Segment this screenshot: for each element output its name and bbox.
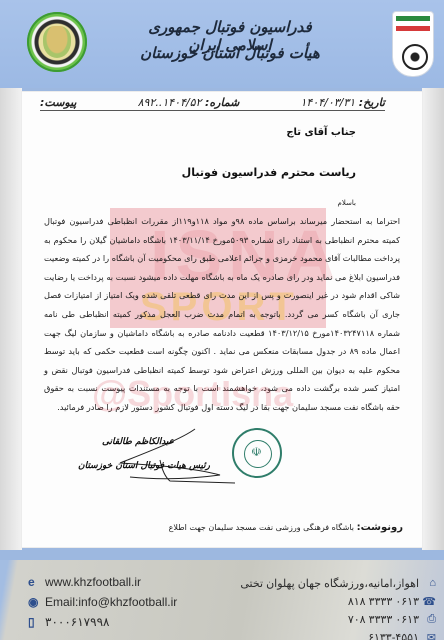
sms-number: ۳۰۰۰۶۱۷۹۹۸ <box>45 615 109 629</box>
website-link[interactable]: www.khzfootball.ir <box>45 575 141 589</box>
footer-contacts-right: ⌂ اهواز،امانیه،ورزشگاه جهان پهلوان تختی … <box>240 574 436 640</box>
page-edge-right <box>422 88 444 550</box>
fax-icon: ⎙ <box>422 613 436 626</box>
phone-number: ۰۶۱۳ ۳۳۳۳ ۸۱۸ <box>348 595 419 608</box>
khuzestan-board-logo-icon <box>27 12 87 72</box>
po-box-row: ✉ ۶۱۳۳-۴۵۵۱ <box>240 628 436 640</box>
mobile-icon: ▯ <box>28 615 42 629</box>
attachment-label: پیوست: <box>40 96 76 109</box>
iran-federation-logo-icon <box>392 11 434 77</box>
letter-meta: تاریخ: ۱۴۰۴/۰۳/۳۱ شماره: ۱۴۰۴/۵۲..۸۹۲ پی… <box>40 94 385 111</box>
fax-number: ۰۶۱۳ ۳۳۳۳ ۷۰۸ <box>348 613 419 626</box>
date-label: تاریخ: <box>359 96 385 109</box>
phone-icon: ☎ <box>422 595 436 608</box>
website-row: e www.khzfootball.ir <box>28 572 177 592</box>
email-link[interactable]: Email:info@khzfootball.ir <box>45 595 177 609</box>
recipient-name: جناب آقای تاج <box>286 127 356 138</box>
board-title: هیأت فوتبال استان خوزستان <box>130 44 330 62</box>
email-icon: ◉ <box>28 595 42 609</box>
recipient-title: ریاست محترم فدراسیون فوتبال <box>182 166 356 179</box>
date-value: ۱۴۰۴/۰۳/۳۱ <box>301 96 356 109</box>
watermark-handle: @SportIsna <box>92 373 293 415</box>
address-text: اهواز،امانیه،ورزشگاه جهان پهلوان تختی <box>240 577 419 590</box>
greeting: باسلام <box>338 199 356 207</box>
fax-row: ⎙ ۰۶۱۳ ۳۳۳۳ ۷۰۸ <box>240 610 436 628</box>
home-icon: ⌂ <box>422 577 436 589</box>
address-row: ⌂ اهواز،امانیه،ورزشگاه جهان پهلوان تختی <box>240 574 436 592</box>
attachment-field: پیوست: <box>40 96 76 109</box>
number-label: شماره: <box>205 96 239 109</box>
po-box-number: ۶۱۳۳-۴۵۵۱ <box>368 631 419 640</box>
footer-contacts-left: e www.khzfootball.ir ◉ Email:info@khzfoo… <box>28 572 177 632</box>
number-field: شماره: ۱۴۰۴/۵۲..۸۹۲ <box>138 96 240 109</box>
email-row: ◉ Email:info@khzfootball.ir <box>28 592 177 612</box>
signatory-title: رئیس هیات فوتبال استان خوزستان <box>78 461 210 471</box>
carbon-copy: رونوشت: باشگاه فرهنگی ورزشی نفت مسجد سلی… <box>169 522 403 533</box>
cc-label: رونوشت: <box>357 522 403 533</box>
sms-row: ▯ ۳۰۰۰۶۱۷۹۹۸ <box>28 612 177 632</box>
ie-browser-icon: e <box>28 575 42 589</box>
phone-row: ☎ ۰۶۱۳ ۳۳۳۳ ۸۱۸ <box>240 592 436 610</box>
date-field: تاریخ: ۱۴۰۴/۰۳/۳۱ <box>301 96 385 109</box>
signature-scribble-icon <box>100 425 240 485</box>
signatory-name: عبدالکاظم طالقانی <box>102 437 174 447</box>
number-value: ۱۴۰۴/۵۲..۸۹۲ <box>138 96 202 109</box>
mailbox-icon: ✉ <box>422 631 436 640</box>
letterhead-header: فدراسیون فوتبال جمهوری اسلامی ایران هیأت… <box>0 0 444 88</box>
cc-text: باشگاه فرهنگی ورزشی نفت مسجد سلیمان جهت … <box>169 523 354 532</box>
official-stamp-icon: ☫ <box>232 428 282 478</box>
page-edge-left <box>0 88 22 550</box>
